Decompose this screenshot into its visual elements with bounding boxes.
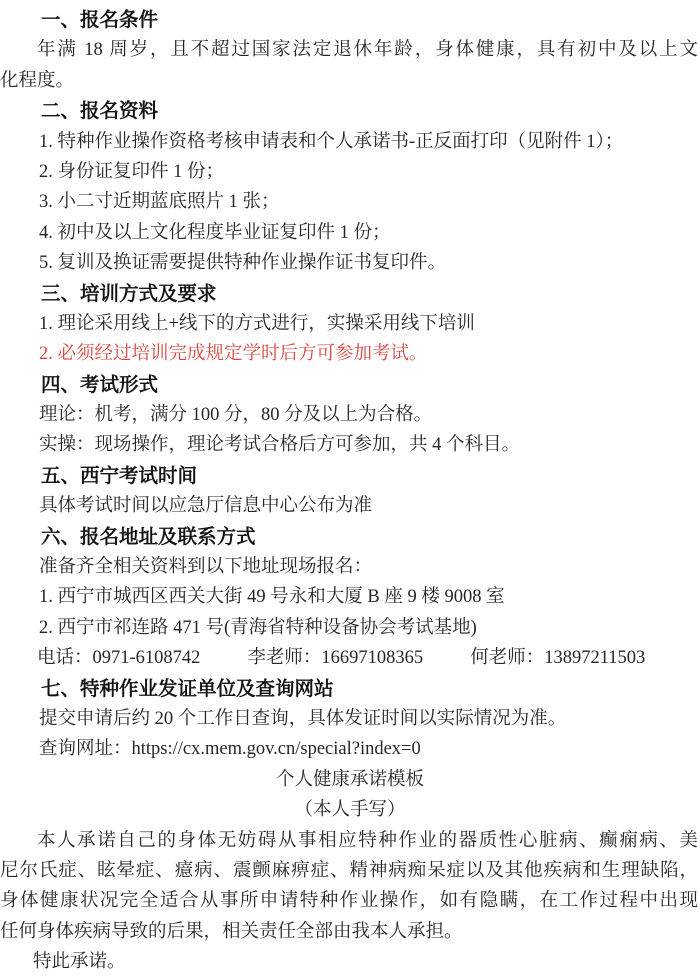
section-5-heading: 五、西宁考试时间 (0, 461, 700, 491)
pledge-line: 本人承诺自己的身体无妨碍从事相应特种作业的器质性心脏病、癫痫病、美 (0, 826, 700, 856)
list-item: 3. 小二寸近期蓝底照片 1 张； (0, 187, 700, 217)
paragraph-line: 化程度。 (0, 66, 700, 96)
pledge-line: 任何身体疾病导致的后果，相关责任全部由我本人承担。 (0, 917, 700, 947)
list-item: 准备齐全相关资料到以下地址现场报名： (0, 552, 700, 582)
notice-red-text: 2. 必须经过培训完成规定学时后方可参加考试。 (0, 339, 700, 369)
list-item: 2. 身份证复印件 1 份； (0, 157, 700, 187)
document-page: 一、报名条件 年满 18 周岁，且不超过国家法定退休年龄，身体健康，具有初中及以… (0, 0, 700, 979)
section-6-heading: 六、报名地址及联系方式 (0, 522, 700, 552)
pledge-line: 尼尔氏症、眩晕症、癔病、震颤麻痹症、精神病痴呆症以及其他疾病和生理缺陷， (0, 856, 700, 886)
pledge-line: 身体健康状况完全适合从事所申请特种作业操作，如有隐瞒，在工作过程中出现 (0, 886, 700, 916)
list-item: 1. 理论采用线上+线下的方式进行，实操采用线下培训 (0, 309, 700, 339)
pledge-closing: 特此承诺。 (0, 947, 700, 977)
list-item: 5. 复训及换证需要提供特种作业操作证书复印件。 (0, 248, 700, 278)
paragraph-line: 年满 18 周岁，且不超过国家法定退休年龄，身体健康，具有初中及以上文 (0, 35, 700, 65)
pledge-title: 个人健康承诺模板 (0, 765, 700, 795)
section-3-heading: 三、培训方式及要求 (0, 279, 700, 309)
contact-phone: 电话：0971-6108742 (37, 643, 200, 673)
section-4-heading: 四、考试形式 (0, 370, 700, 400)
list-item: 理论：机考，满分 100 分，80 分及以上为合格。 (0, 400, 700, 430)
contact-teacher-he: 何老师：13897211503 (470, 643, 645, 673)
query-url-line: 查询网址：https://cx.mem.gov.cn/special?index… (0, 734, 700, 764)
section-1-heading: 一、报名条件 (0, 5, 700, 35)
address-item: 1. 西宁市城西区西关大街 49 号永和大厦 B 座 9 楼 9008 室 (0, 582, 700, 612)
pledge-subtitle: （本人手写） (0, 795, 700, 825)
list-item: 实操：现场操作，理论考试合格后方可参加，共 4 个科目。 (0, 430, 700, 460)
list-item: 提交申请后约 20 个工作日查询，具体发证时间以实际情况为准。 (0, 704, 700, 734)
contact-teacher-li: 李老师：16697108365 (247, 643, 423, 673)
list-item: 具体考试时间以应急厅信息中心公布为准 (0, 491, 700, 521)
section-2-heading: 二、报名资料 (0, 96, 700, 126)
address-item: 2. 西宁市祁连路 471 号(青海省特种设备协会考试基地) (0, 613, 700, 643)
list-item: 1. 特种作业操作资格考核申请表和个人承诺书-正反面打印（见附件 1）； (0, 127, 700, 157)
list-item: 4. 初中及以上文化程度毕业证复印件 1 份； (0, 218, 700, 248)
contact-line: 电话：0971-6108742 李老师：16697108365 何老师：1389… (0, 643, 700, 673)
section-7-heading: 七、特种作业发证单位及查询网站 (0, 674, 700, 704)
